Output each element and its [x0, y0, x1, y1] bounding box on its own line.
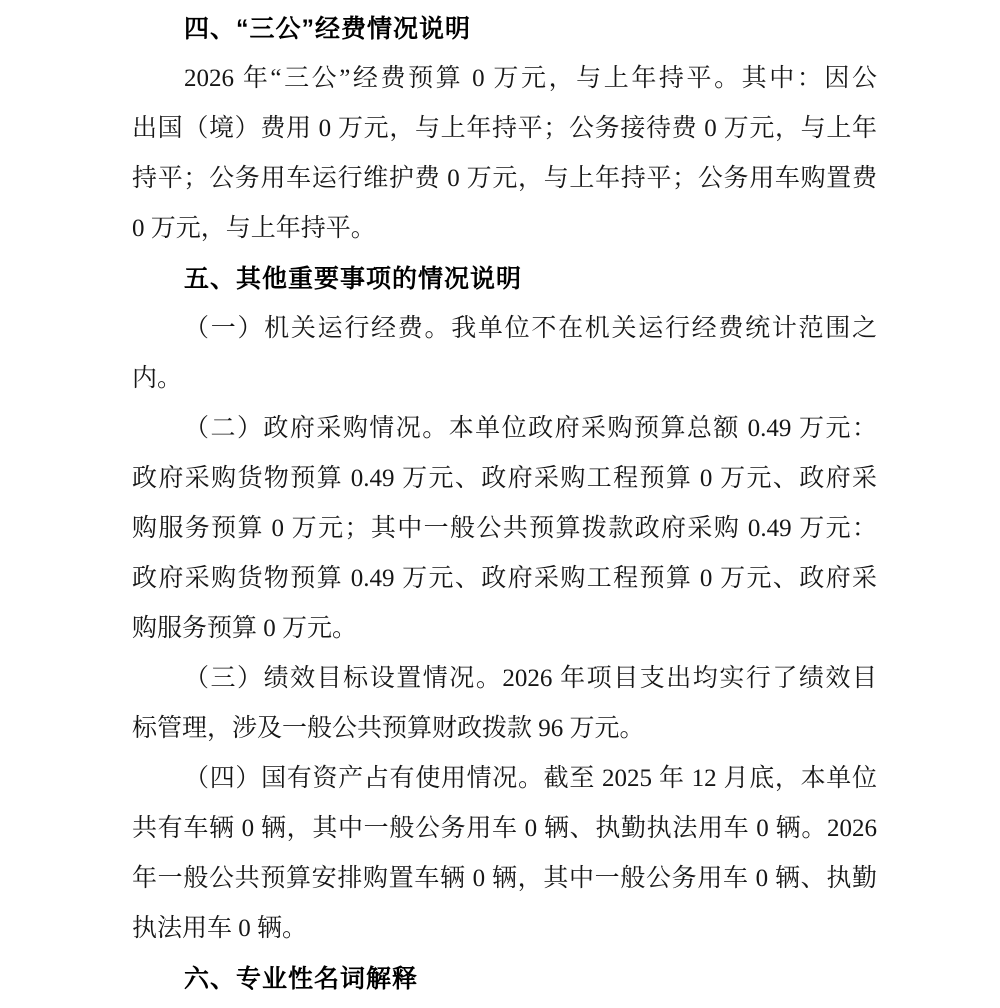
document-content: 四、“三公”经费情况说明 2026 年“三公”经费预算 0 万元，与上年持平。其…: [132, 4, 877, 1004]
paragraph-line: 政府采购货物预算 0.49 万元、政府采购工程预算 0 万元、政府采: [132, 554, 877, 604]
section-heading-other-important-matters: 五、其他重要事项的情况说明: [132, 254, 877, 304]
section-heading-three-public-funds: 四、“三公”经费情况说明: [132, 4, 877, 54]
section-heading-terminology: 六、专业性名词解释: [132, 954, 877, 1004]
paragraph-line: （三）绩效目标设置情况。2026 年项目支出均实行了绩效目: [132, 654, 877, 704]
paragraph-line: 出国（境）费用 0 万元，与上年持平；公务接待费 0 万元，与上年: [132, 104, 877, 154]
paragraph-line: 购服务预算 0 万元；其中一般公共预算拨款政府采购 0.49 万元：: [132, 504, 877, 554]
paragraph-line: 2026 年“三公”经费预算 0 万元，与上年持平。其中：因公: [132, 54, 877, 104]
paragraph-line: 执法用车 0 辆。: [132, 904, 877, 954]
document-page: 四、“三公”经费情况说明 2026 年“三公”经费预算 0 万元，与上年持平。其…: [0, 0, 1000, 1008]
paragraph-line: （四）国有资产占有使用情况。截至 2025 年 12 月底，本单位: [132, 754, 877, 804]
paragraph-line: 共有车辆 0 辆，其中一般公务用车 0 辆、执勤执法用车 0 辆。2026: [132, 804, 877, 854]
paragraph-line: 政府采购货物预算 0.49 万元、政府采购工程预算 0 万元、政府采: [132, 454, 877, 504]
paragraph-line: （一）机关运行经费。我单位不在机关运行经费统计范围之: [132, 304, 877, 354]
paragraph-line: 内。: [132, 354, 877, 404]
paragraph-line: 购服务预算 0 万元。: [132, 604, 877, 654]
paragraph-line: （二）政府采购情况。本单位政府采购预算总额 0.49 万元：: [132, 404, 877, 454]
paragraph-line: 标管理，涉及一般公共预算财政拨款 96 万元。: [132, 704, 877, 754]
paragraph-line: 0 万元，与上年持平。: [132, 204, 877, 254]
paragraph-line: 年一般公共预算安排购置车辆 0 辆，其中一般公务用车 0 辆、执勤: [132, 854, 877, 904]
paragraph-line: 持平；公务用车运行维护费 0 万元，与上年持平；公务用车购置费: [132, 154, 877, 204]
